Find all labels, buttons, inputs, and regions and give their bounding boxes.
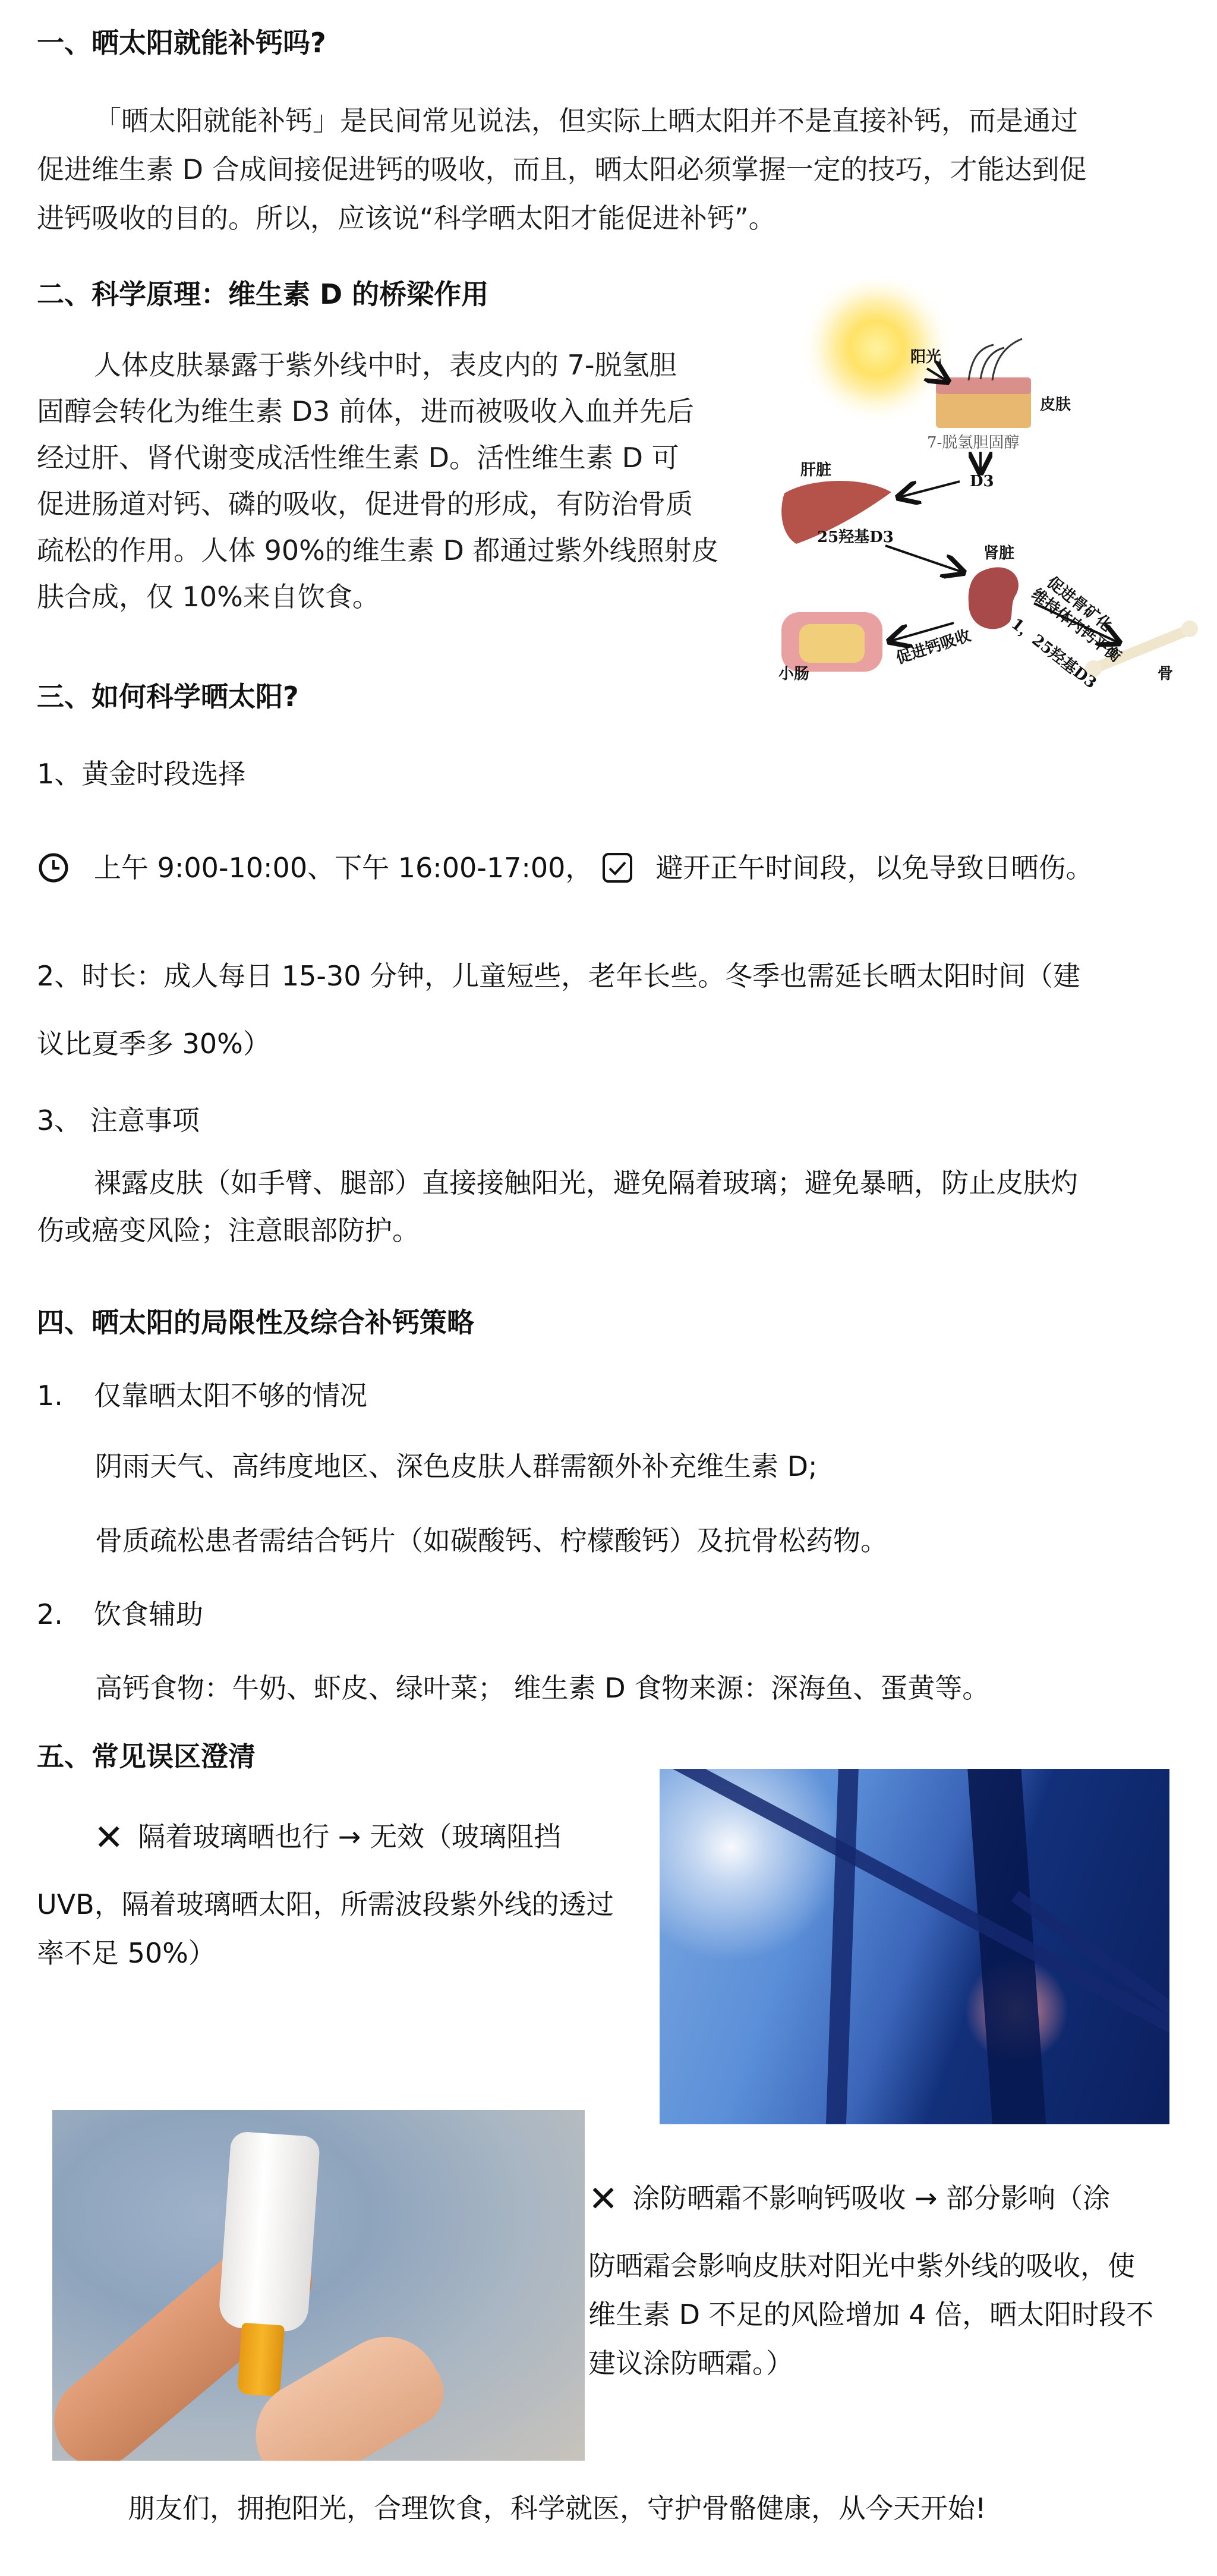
myth-2-line: 建议涂防晒霜。） [588,2345,1206,2381]
time-text: 上午 9:00-10:00、下午 16:00-17:00， [94,850,592,886]
label-intestine: 小肠 [778,662,809,684]
closing-message: 朋友们，拥抱阳光，合理饮食，科学就医，守护骨骼健康，从今天开始! [128,2490,986,2526]
paragraph-line: 裸露皮肤（如手臂、腿部）直接接触阳光，避免隔着玻璃；避免暴晒，防止皮肤灼 [37,1165,1078,1201]
label-precursor: 7-脱氢胆固醇 [927,430,1019,452]
myth-2-line: 维生素 D 不足的风险增加 4 倍，晒太阳时段不 [588,2297,1206,2332]
paragraph-line: 议比夏季多 30%） [37,1026,1080,1062]
item-3-paragraph: 裸露皮肤（如手臂、腿部）直接接触阳光，避免隔着玻璃；避免暴晒，防止皮肤灼 伤或癌… [37,1165,1078,1248]
list-item-1-line: 阴雨天气、高纬度地区、深色皮肤人群需额外补充维生素 D; [95,1448,818,1484]
diagram-graphics [773,279,1217,684]
myth-1-line: UVB，隔着玻璃晒太阳，所需波段紫外线的透过 [37,1887,661,1922]
cross-icon: ✕ [588,2181,618,2217]
avoid-noon-text: 避开正午时间段，以免导致日晒伤。 [655,850,1093,886]
label-liver: 肝脏 [800,458,831,480]
paragraph-line: 进钙吸收的目的。所以，应该说“科学晒太阳才能促进补钙”。 [37,194,1217,243]
time-recommendation-row: 上午 9:00-10:00、下午 16:00-17:00， 避开正午时间段，以免… [37,850,1093,886]
label-skin: 皮肤 [1040,392,1071,414]
label-d3: D3 [970,473,994,490]
list-item-2-line: 高钙食物：牛奶、虾皮、绿叶菜； 维生素 D 食物来源：深海鱼、蛋黄等。 [95,1670,989,1706]
paragraph-line: 促进维生素 D 合成间接促进钙的吸收，而且，晒太阳必须掌握一定的技巧，才能达到促 [37,145,1217,194]
section-3-heading: 三、如何科学晒太阳? [37,679,299,714]
item-1-title: 1、黄金时段选择 [37,756,245,792]
list-number: 2. [37,1596,94,1632]
sunscreen-photo [52,2110,585,2461]
label-kidney: 肾脏 [983,541,1014,563]
section-1-paragraph: 「晒太阳就能补钙」是民间常见说法，但实际上晒太阳并不是直接补钙，而是通过 促进维… [37,96,1217,243]
checkbox-checked-icon [601,851,634,884]
paragraph-line: 固醇会转化为维生素 D3 前体，进而被吸收入血并先后 [37,388,780,434]
clock-icon [37,851,70,884]
paragraph-line: 人体皮肤暴露于紫外线中时，表皮内的 7-脱氢胆 [37,342,780,388]
list-item-1: 1.仅靠晒太阳不够的情况 [37,1378,367,1413]
paragraph-line: 肤合成，仅 10%来自饮食。 [37,574,780,620]
paragraph-line: 「晒太阳就能补钙」是民间常见说法，但实际上晒太阳并不是直接补钙，而是通过 [37,96,1217,145]
paragraph-line: 伤或癌变风险；注意眼部防护。 [37,1213,1078,1248]
section-5-heading: 五、常见误区澄清 [37,1739,256,1774]
list-title: 仅靠晒太阳不够的情况 [94,1380,367,1412]
myth-2-line: 防晒霜会影响皮肤对阳光中紫外线的吸收，使 [588,2248,1206,2284]
section-2-heading: 二、科学原理：维生素 D 的桥梁作用 [37,276,488,312]
list-item-1-line: 骨质疏松患者需结合钙片（如碳酸钙、柠檬酸钙）及抗骨松药物。 [95,1523,888,1558]
item-3-title: 3、 注意事项 [37,1103,200,1138]
myth-2: ✕涂防晒霜不影响钙吸收 → 部分影响（涂 防晒霜会影响皮肤对阳光中紫外线的吸收，… [588,2180,1206,2381]
myth-1-line: 率不足 50%） [37,1935,661,1971]
paragraph-line: 促进肠道对钙、磷的吸收，促进骨的形成，有防治骨质 [37,481,780,527]
label-bone: 骨 [1158,662,1173,684]
paragraph-line: 疏松的作用。人体 90%的维生素 D 都通过紫外线照射皮 [37,527,780,574]
section-4-heading: 四、晒太阳的局限性及综合补钙策略 [37,1305,474,1340]
kidney-icon [969,567,1019,629]
section-2-paragraph: 人体皮肤暴露于紫外线中时，表皮内的 7-脱氢胆 固醇会转化为维生素 D3 前体，… [37,342,780,620]
list-number: 1. [37,1378,94,1413]
window-sunlight-photo [660,1769,1169,2124]
paragraph-line: 2、时长：成人每日 15-30 分钟，儿童短些，老年长些。冬季也需延长晒太阳时间… [37,958,1080,994]
label-sunlight: 阳光 [910,345,941,367]
label-calcidiol: 25羟基D3 [817,525,894,547]
list-item-2: 2.饮食辅助 [37,1596,203,1632]
myth-2-line: 涂防晒霜不影响钙吸收 → 部分影响（涂 [632,2182,1110,2214]
section-1-heading: 一、晒太阳就能补钙吗? [37,25,326,61]
list-title: 饮食辅助 [94,1598,203,1630]
myth-1-line: 隔着玻璃晒也行 → 无效（玻璃阻挡 [138,1821,561,1853]
cross-icon: ✕ [94,1820,124,1856]
vitamin-d-diagram: 阳光 皮肤 7-脱氢胆固醇 肝脏 D3 25羟基D3 肾脏 促进钙吸收 促进骨矿… [773,279,1217,684]
myth-1: ✕隔着玻璃晒也行 → 无效（玻璃阻挡 UVB，隔着玻璃晒太阳，所需波段紫外线的透… [37,1819,661,1971]
paragraph-line: 经过肝、肾代谢变成活性维生素 D。活性维生素 D 可 [37,434,780,481]
item-2-duration: 2、时长：成人每日 15-30 分钟，儿童短些，老年长些。冬季也需延长晒太阳时间… [37,958,1080,1062]
